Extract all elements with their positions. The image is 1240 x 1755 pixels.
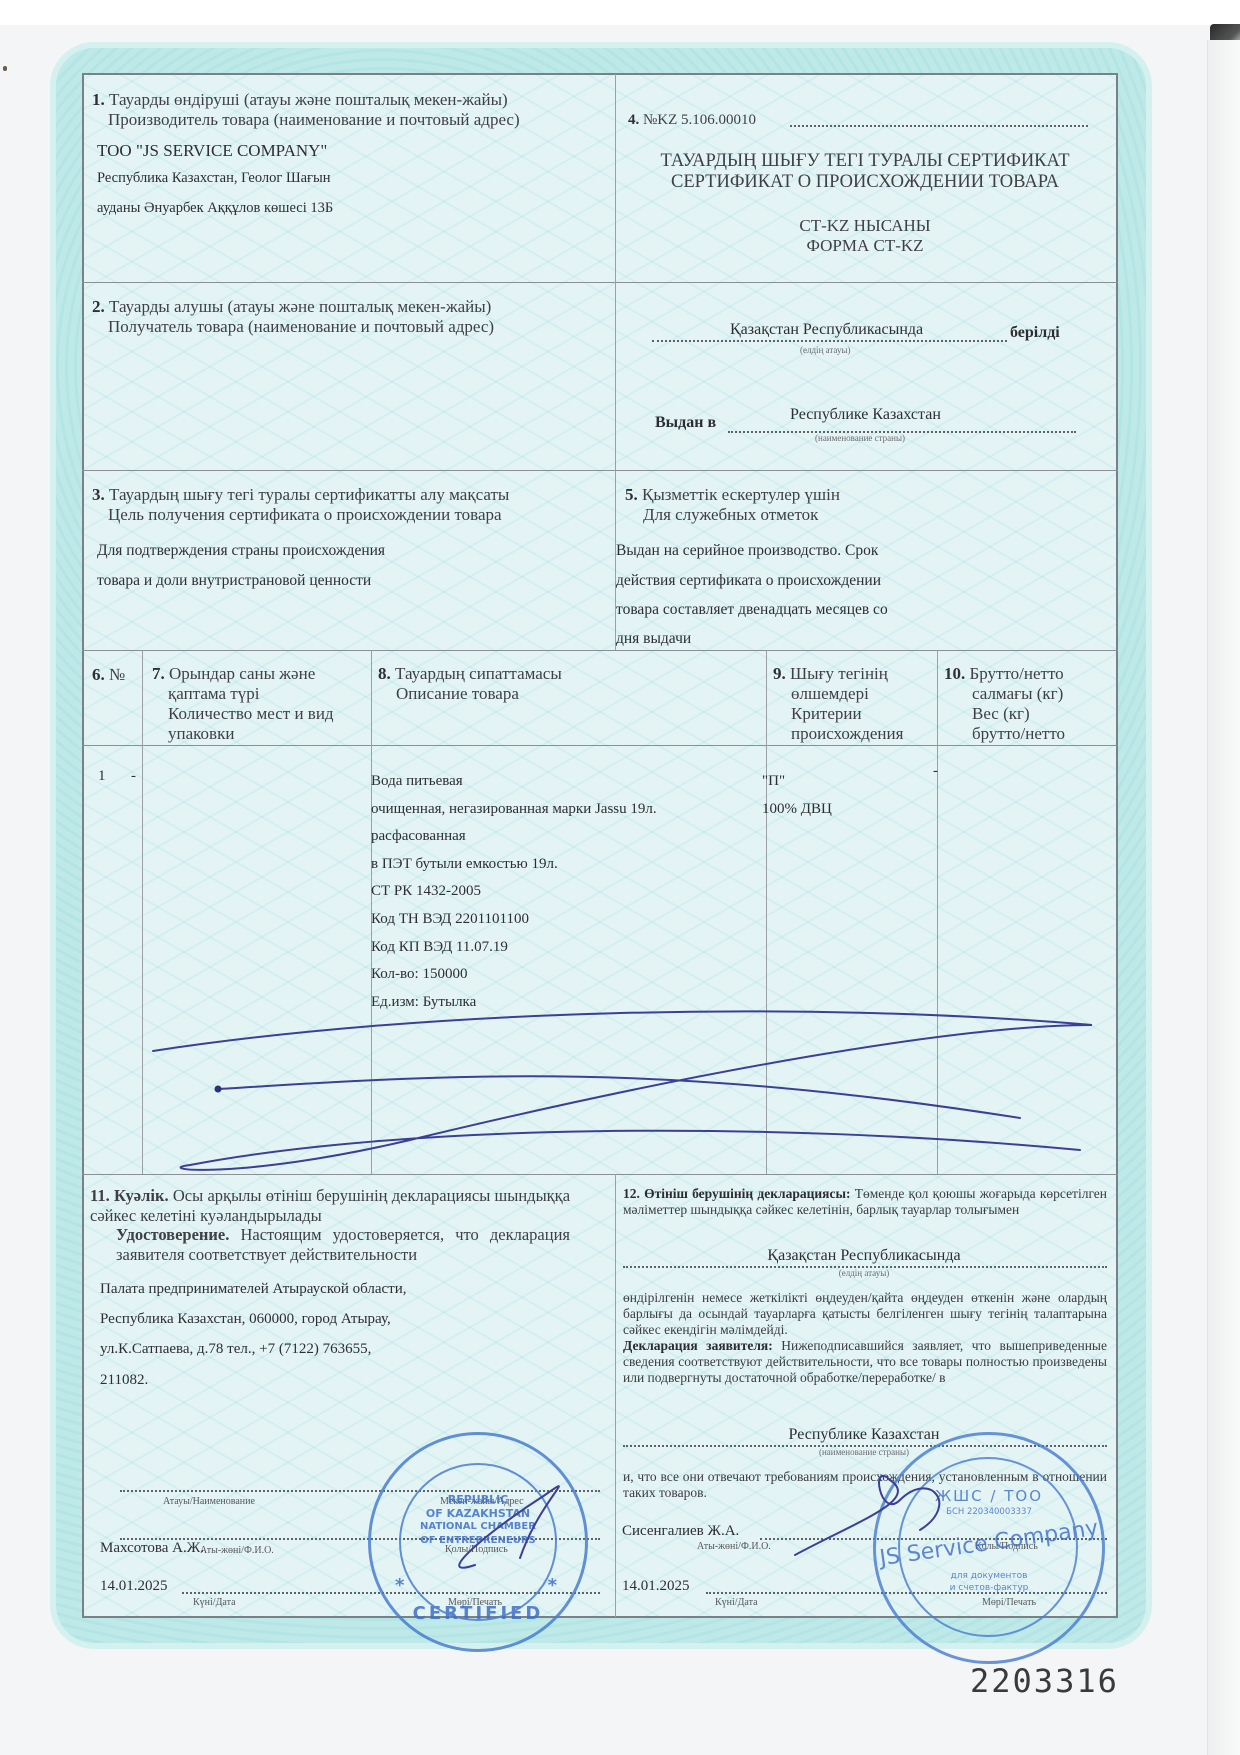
box1-label-ru: Производитель товара (наименование и поч… (108, 109, 520, 131)
chamber-line-2: Республика Казахстан, 060000, город Атыр… (100, 1311, 391, 1328)
row-no: 1 (98, 768, 106, 785)
scan-speck (3, 66, 7, 71)
box3-label-kz: 3. Тауардың шығу тегі туралы сертификатт… (92, 484, 509, 506)
divider (82, 470, 1118, 471)
row-description: Вода питьевая очищенная, негазированная … (371, 768, 657, 1016)
col-header-description: 8. Тауардың сипаттамасы Описание товара (378, 664, 562, 704)
chamber-line-4: 211082. (100, 1372, 148, 1389)
producer-name: ТОО "JS SERVICE COMPANY" (97, 141, 327, 161)
caption-fio: Аты-жөні/Ф.И.О. (200, 1545, 274, 1556)
applicant-date: 14.01.2025 (622, 1578, 690, 1595)
service-note-2: действия сертификата о происхождении (616, 572, 881, 590)
producer-address-1: Республика Казахстан, Геолог Шағын (97, 170, 330, 187)
divider (766, 650, 767, 1174)
scan-right-edge (1207, 40, 1240, 1755)
row-criteria: "П" 100% ДВЦ (762, 768, 832, 823)
chamber-line-3: ул.К.Сатпаева, д.78 тел., +7 (7122) 7636… (100, 1341, 371, 1358)
box3-label-ru: Цель получения сертификата о происхожден… (108, 504, 502, 526)
box12-declaration-kz: 12. Өтініш берушінің декларациясы: Төмен… (623, 1186, 1107, 1218)
chamber-signer: Махсотова А.Ж. (100, 1540, 204, 1557)
chamber-date: 14.01.2025 (100, 1578, 168, 1595)
caption-country-kz: (елдің атауы) (800, 345, 851, 355)
issued-country-ru: Республике Казахстан (790, 406, 941, 424)
col-header-weight: 10. Брутто/нетто салмағы (кг) Вес (кг) б… (944, 664, 1065, 744)
divider (82, 282, 1118, 283)
service-note-4: дня выдачи (616, 630, 691, 648)
divider (142, 650, 143, 1174)
scan-top-margin (0, 0, 1240, 25)
issued-country-kz: Қазақстан Республикасында (730, 321, 923, 339)
divider (615, 74, 616, 650)
chamber-line-1: Палата предпринимателей Атырауской облас… (100, 1281, 407, 1298)
company-stamp: ЖШС / ТОО БСН 220340003337 JS Service Co… (873, 1432, 1105, 1664)
service-note-3: товара составляет двенадцать месяцев со (616, 601, 888, 619)
row-places: - (131, 768, 136, 785)
box12-declaration-ru: Декларация заявителя: Нижеподписавшийся … (623, 1338, 1107, 1386)
serial-number: 2203316 (970, 1662, 1119, 1700)
box5-label-ru: Для служебных отметок (643, 504, 818, 526)
caption-fio-2: Аты-жөні/Ф.И.О. (697, 1541, 771, 1552)
divider (82, 1174, 1118, 1175)
form-name-ru: ФОРМА СТ-KZ (620, 235, 1110, 257)
divider (82, 745, 1118, 746)
caption-country-ru: (наименование страны) (815, 433, 905, 443)
box12-declaration-kz-2: өндірілгенін немесе жеткілікті өңдеуден/… (623, 1290, 1107, 1338)
row-weight: - (933, 763, 938, 780)
title-ru: СЕРТИФИКАТ О ПРОИСХОЖДЕНИИ ТОВАРА (620, 171, 1110, 193)
box5-label-kz: 5. Қызметтік ескертулер үшін (625, 484, 840, 506)
divider (615, 1174, 616, 1617)
purpose-line-2: товара и доли внутристрановой ценности (97, 572, 371, 590)
caption-name: Атауы/Наименование (163, 1496, 255, 1507)
box2-label-ru: Получатель товара (наименование и почтов… (108, 316, 494, 338)
caption-country-kz-2: (елдің атауы) (620, 1268, 1108, 1278)
col-header-criteria: 9. Шығу тегінің өлшемдері Критерии проис… (773, 664, 903, 744)
col-header-places: 7. Орындар саны және қаптама түрі Количе… (152, 664, 334, 744)
dotted-line (790, 125, 1088, 127)
producer-address-2: ауданы Әнуарбек Аққұлов көшесі 13Б (97, 200, 333, 217)
form-name-kz: СТ-KZ НЫСАНЫ (620, 215, 1110, 237)
divider (82, 650, 1118, 651)
divider (937, 650, 938, 1174)
service-note-1: Выдан на серийное производство. Срок (616, 542, 878, 560)
issued-suffix-kz: берілді (1010, 324, 1060, 342)
box2-label-kz: 2. Тауарды алушы (атауы және пошталық ме… (92, 296, 491, 318)
caption-date-2: Күні/Дата (715, 1597, 758, 1608)
box1-label-kz: 1. Тауарды өндіруші (атауы және пошталық… (92, 89, 508, 111)
chamber-stamp: REPUBLIC OF KAZAKHSTAN NATIONAL CHAMBER … (368, 1432, 588, 1652)
certificate-number: 4. №KZ 5.106.00010 (628, 109, 756, 131)
purpose-line-1: Для подтверждения страны происхождения (97, 542, 385, 560)
applicant-signer: Сисенгалиев Ж.А. (622, 1523, 739, 1540)
dotted-line (652, 340, 1007, 342)
col-header-no: 6. № (92, 664, 125, 686)
declaration-country-kz: Қазақстан Республикасында (620, 1247, 1108, 1265)
issued-prefix-ru: Выдан в (655, 414, 716, 432)
title-kz: ТАУАРДЫҢ ШЫҒУ ТЕГІ ТУРАЛЫ СЕРТИФИКАТ (620, 150, 1110, 172)
caption-date: Күні/Дата (193, 1597, 236, 1608)
box11-certification-text: 11. Куәлік. Осы арқылы өтініш берушінің … (90, 1186, 570, 1264)
